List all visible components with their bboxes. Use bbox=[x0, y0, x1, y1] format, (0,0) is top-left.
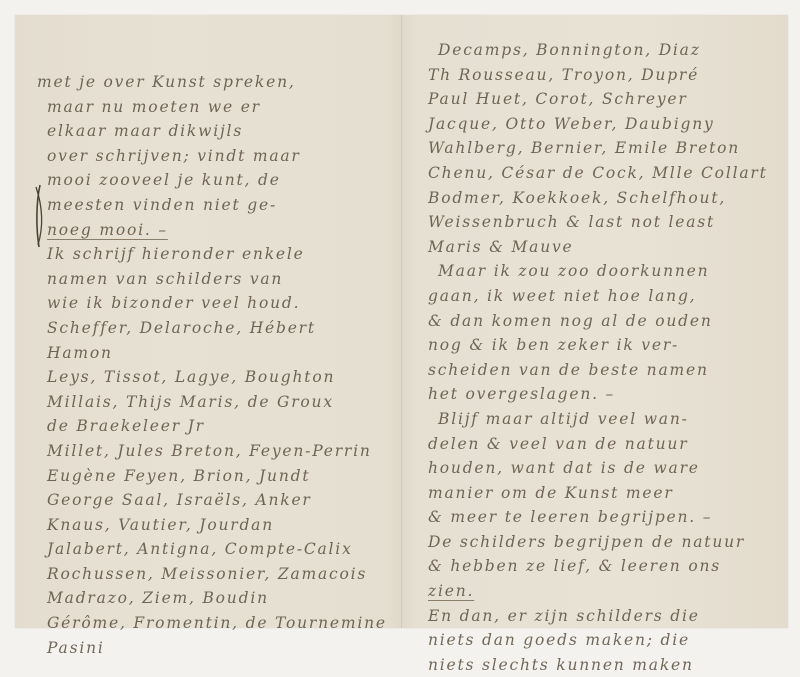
text-line: houden, want dat is de ware bbox=[428, 456, 790, 481]
text-line: Millais, Thijs Maris, de Groux bbox=[37, 390, 399, 415]
text-line: Millet, Jules Breton, Feyen-Perrin bbox=[37, 439, 399, 464]
text-line: En dan, er zijn schilders die bbox=[428, 604, 790, 629]
text-line: noeg mooi. – bbox=[37, 218, 399, 243]
text-line: Pasini bbox=[37, 636, 399, 639]
text-line: Hamon bbox=[37, 341, 399, 366]
center-fold bbox=[401, 15, 402, 628]
text-line: manier om de Kunst meer bbox=[428, 481, 790, 506]
text-line: wie ik bizonder veel houd. bbox=[37, 291, 399, 316]
text-line: & dan komen nog al de ouden bbox=[428, 309, 790, 334]
text-line: Jacque, Otto Weber, Daubigny bbox=[428, 112, 790, 137]
text-line: De schilders begrijpen de natuur bbox=[428, 530, 790, 555]
text-line: de Braekeleer Jr bbox=[37, 414, 399, 439]
text-line: nog & ik ben zeker ik ver- bbox=[428, 333, 790, 358]
text-line: het overgeslagen. – bbox=[428, 382, 790, 407]
text-line: Maris & Mauve bbox=[428, 235, 790, 260]
text-line: scheiden van de beste namen bbox=[428, 358, 790, 383]
text-line: Knaus, Vautier, Jourdan bbox=[37, 513, 399, 538]
text-line: Gérôme, Fromentin, de Tournemine bbox=[37, 611, 399, 636]
text-line: Rochussen, Meissonier, Zamacois bbox=[37, 562, 399, 587]
text-line: George Saal, Israëls, Anker bbox=[37, 488, 399, 513]
text-line: & meer te leeren begrijpen. – bbox=[428, 505, 790, 530]
text-line: Paul Huet, Corot, Schreyer bbox=[428, 87, 790, 112]
text-line: Blijf maar altijd veel wan- bbox=[428, 407, 790, 432]
text-line: namen van schilders van bbox=[37, 267, 399, 292]
text-line: delen & veel van de natuur bbox=[428, 432, 790, 457]
text-line: Maar ik zou zoo doorkunnen bbox=[428, 259, 790, 284]
text-line: elkaar maar dikwijls bbox=[37, 119, 399, 144]
text-line: Chenu, César de Cock, Mlle Collart bbox=[428, 161, 790, 186]
text-line: gaan, ik weet niet hoe lang, bbox=[428, 284, 790, 309]
text-line: Th Rousseau, Troyon, Dupré bbox=[428, 63, 790, 88]
text-line: niets dan goeds maken; die bbox=[428, 628, 790, 639]
text-line: Bodmer, Koekkoek, Schelfhout, bbox=[428, 186, 790, 211]
left-page: met je over Kunst spreken, maar nu moete… bbox=[37, 70, 399, 639]
text-line: Decamps, Bonnington, Diaz bbox=[428, 38, 790, 63]
text-line: mooi zooveel je kunt, de bbox=[37, 168, 399, 193]
text-line: Leys, Tissot, Lagye, Boughton bbox=[37, 365, 399, 390]
text-line: Weissenbruch & last not least bbox=[428, 210, 790, 235]
text-line: Scheffer, Delaroche, Hébert bbox=[37, 316, 399, 341]
text-line: met je over Kunst spreken, bbox=[37, 70, 399, 95]
text-line: Jalabert, Antigna, Compte-Calix bbox=[37, 537, 399, 562]
text-line: Madrazo, Ziem, Boudin bbox=[37, 586, 399, 611]
text-line: Ik schrijf hieronder enkele bbox=[37, 242, 399, 267]
text-line: zien. bbox=[428, 579, 790, 604]
text-line: over schrijven; vindt maar bbox=[37, 144, 399, 169]
text-line: Eugène Feyen, Brion, Jundt bbox=[37, 464, 399, 489]
text-line: meesten vinden niet ge- bbox=[37, 193, 399, 218]
right-page: Decamps, Bonnington, Diaz Th Rousseau, T… bbox=[428, 38, 790, 639]
text-line: & hebben ze lief, & leeren ons bbox=[428, 554, 790, 579]
text-line: Wahlberg, Bernier, Emile Breton bbox=[428, 136, 790, 161]
letter-sheet: met je over Kunst spreken, maar nu moete… bbox=[15, 15, 788, 628]
text-line: maar nu moeten we er bbox=[37, 95, 399, 120]
